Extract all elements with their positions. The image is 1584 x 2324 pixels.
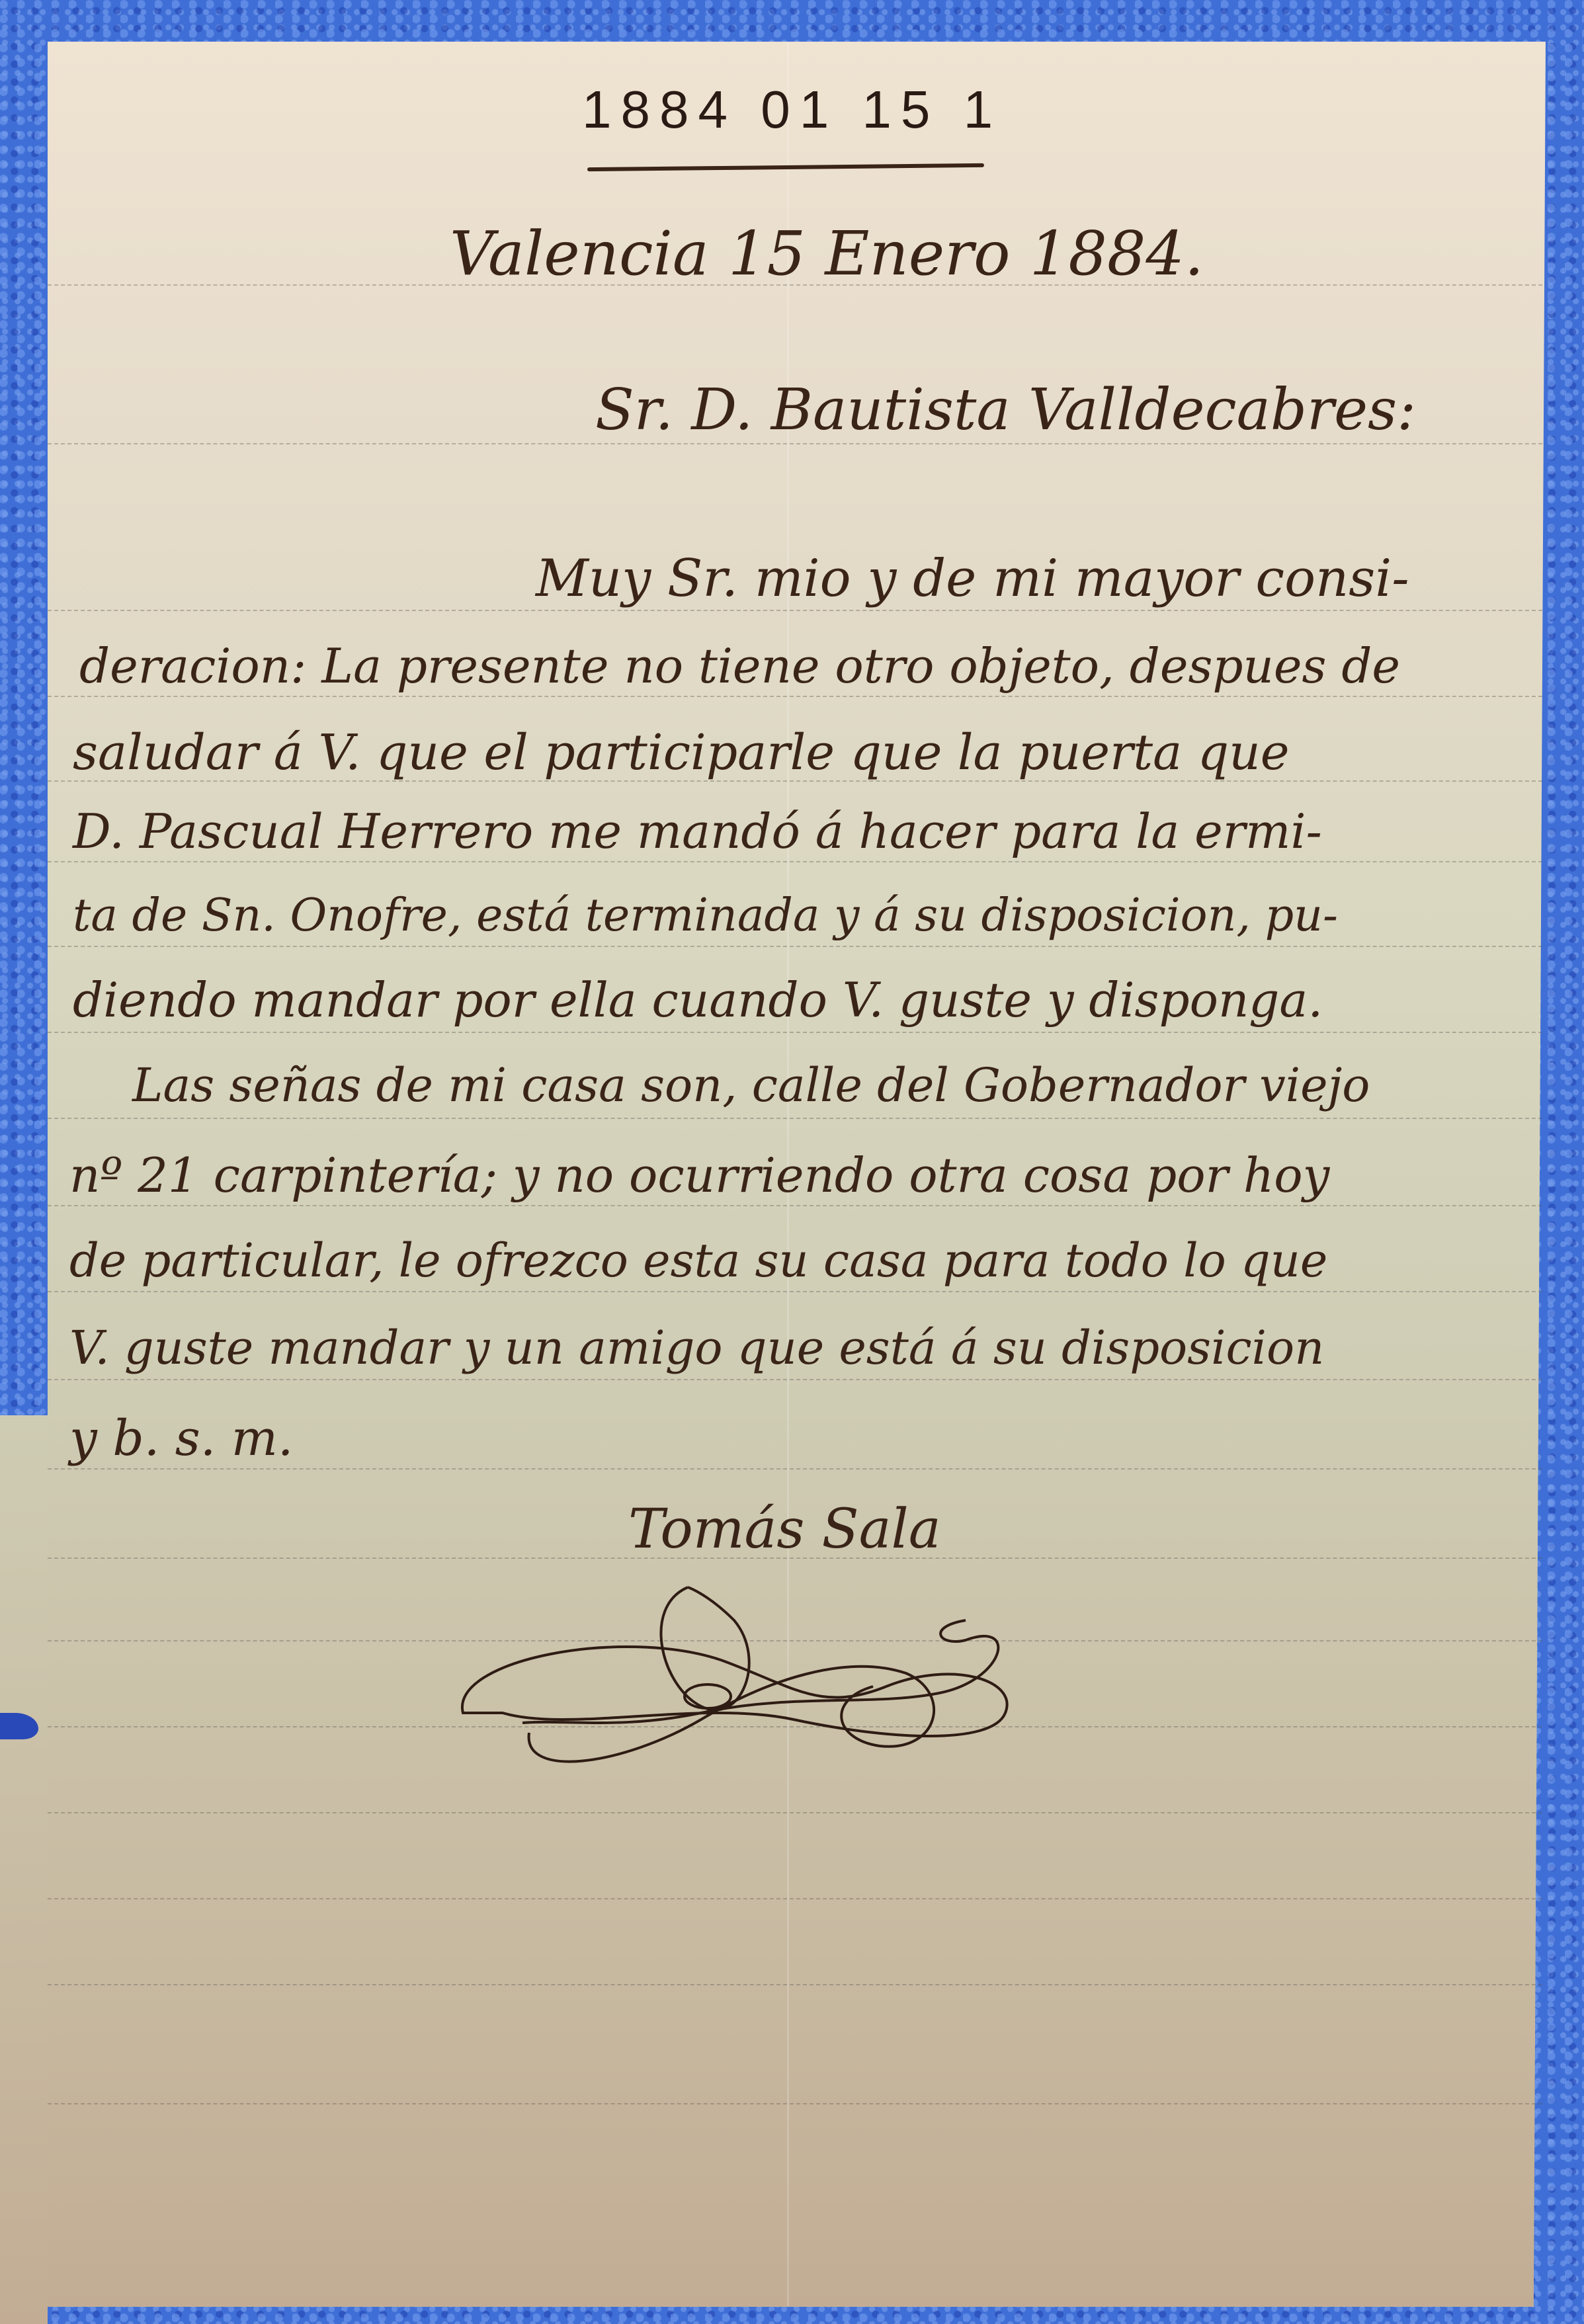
ruled-line: [48, 1379, 1542, 1380]
body-line-8: nº 21 carpintería; y no ocurriendo otra …: [69, 1147, 1329, 1203]
paper-lower-left-edge: [0, 1415, 48, 2324]
body-line-4: D. Pascual Herrero me mandó á hacer para…: [73, 804, 1322, 859]
signature-flourish-icon: [423, 1581, 1118, 1779]
body-line-1: Muy Sr. mio y de mi mayor consi-: [536, 549, 1409, 608]
ruled-line: [48, 1984, 1542, 1985]
ruled-line: [48, 1812, 1542, 1813]
ruled-line: [48, 1118, 1542, 1119]
ruled-line: [48, 946, 1542, 947]
place-date: Valencia 15 Enero 1884.: [450, 218, 1204, 289]
signature-name: Tomás Sala: [628, 1498, 941, 1561]
ruled-line: [48, 696, 1542, 697]
ruled-line: [48, 1291, 1542, 1292]
body-line-10: V. guste mandar y un amigo que está á su…: [69, 1321, 1324, 1375]
ruled-line: [48, 1898, 1542, 1899]
ruled-line: [48, 443, 1542, 444]
ruled-line: [48, 610, 1542, 611]
archive-reference-number: 1884 01 15 1: [582, 79, 1002, 140]
ruled-line: [48, 1032, 1542, 1033]
body-line-2: deracion: La presente no tiene otro obje…: [79, 638, 1400, 694]
ruled-line: [48, 1205, 1542, 1206]
ruled-line: [48, 2103, 1542, 2104]
ruled-line: [48, 861, 1542, 862]
body-line-9: de particular, le ofrezco esta su casa p…: [69, 1233, 1327, 1288]
body-line-7: Las señas de mi casa son, calle del Gobe…: [132, 1058, 1370, 1112]
body-line-11-closing: y b. s. m.: [69, 1410, 293, 1467]
ruled-line: [48, 1468, 1542, 1470]
salutation: Sr. D. Bautista Valldecabres:: [595, 377, 1416, 443]
body-line-6: diendo mandar por ella cuando V. guste y…: [73, 972, 1323, 1028]
body-line-5: ta de Sn. Onofre, está terminada y á su …: [73, 890, 1338, 942]
body-line-3: saludar á V. que el participarle que la …: [73, 724, 1290, 781]
